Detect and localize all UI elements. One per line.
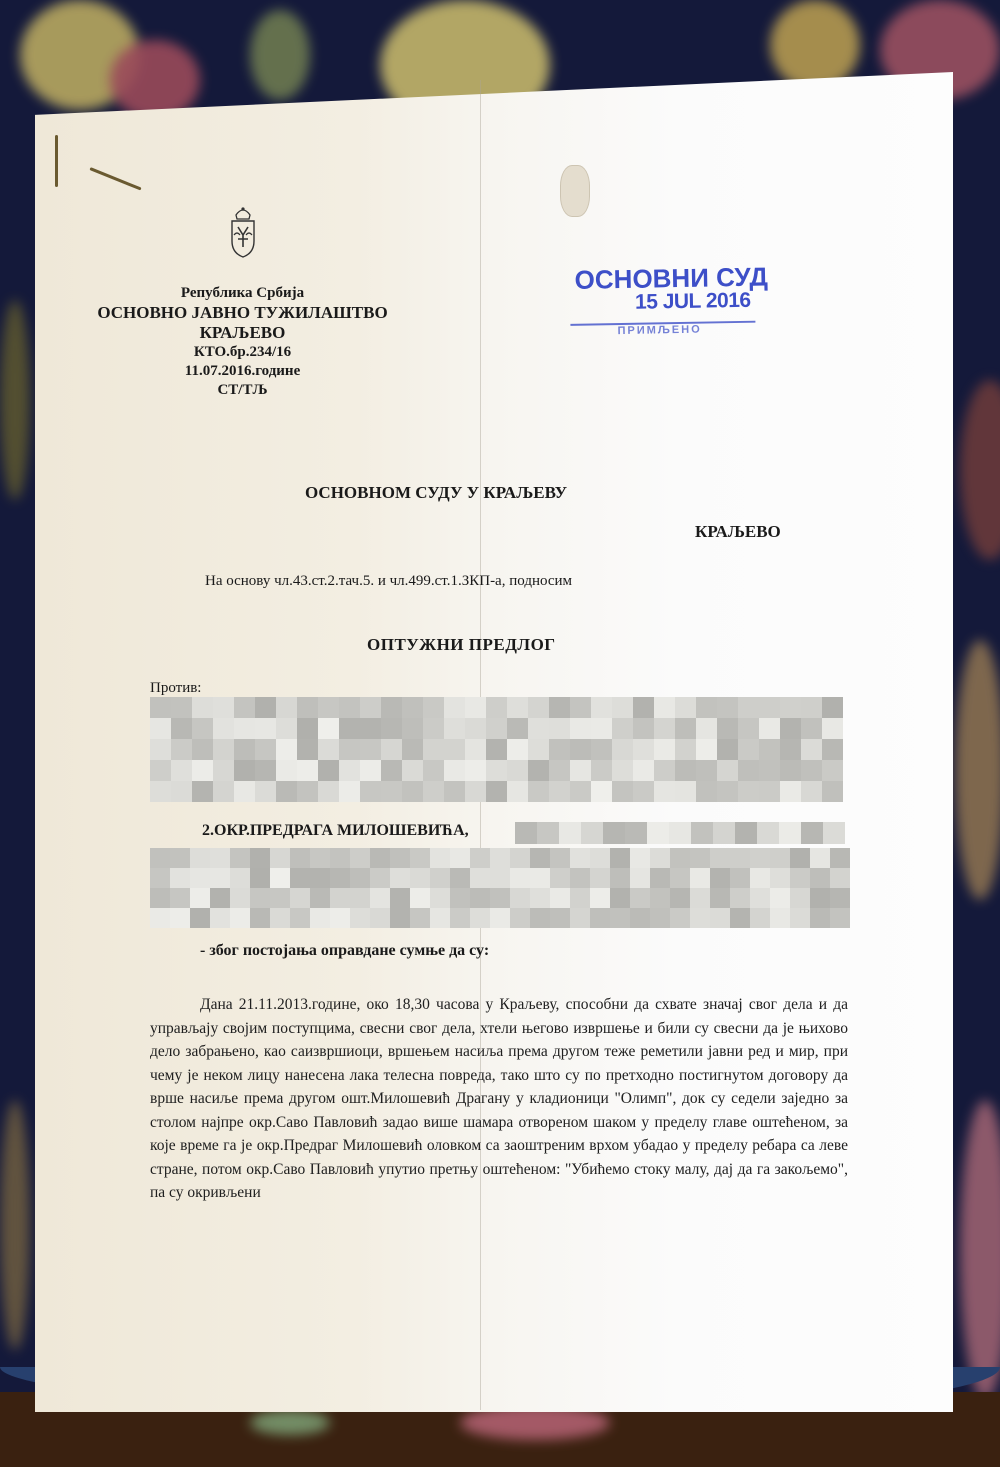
reason-line: - због постојања оправдане сумње да су: — [200, 942, 489, 960]
legal-basis: На основу чл.43.ст.2.тач.5. и чл.499.ст.… — [205, 573, 572, 590]
staple-hole-mark — [55, 135, 58, 187]
case-number: КТО.бр.234/16 — [70, 343, 415, 362]
addressee-city: КРАЉЕВО — [695, 522, 781, 542]
torn-paper-mark — [560, 165, 590, 217]
issue-date: 11.07.2016.године — [70, 362, 415, 381]
charge-paragraph: Дана 21.11.2013.године, око 18,30 часова… — [150, 993, 848, 1205]
country-name: Република Србија — [70, 284, 415, 303]
redacted-defendant-2-details — [150, 848, 850, 928]
charge-description: Дана 21.11.2013.године, око 18,30 часова… — [150, 993, 848, 1205]
serbian-coat-of-arms-icon — [228, 205, 258, 259]
against-label: Против: — [150, 680, 201, 697]
institution-name: ОСНОВНО ЈАВНО ТУЖИЛАШТВО — [70, 303, 415, 323]
addressee-court: ОСНОВНОМ СУДУ У КРАЉЕВУ — [305, 483, 567, 503]
document-title: ОПТУЖНИ ПРЕДЛОГ — [367, 635, 556, 655]
defendant-2: 2.ОКР.ПРЕДРАГА МИЛОШЕВИЋА, — [202, 822, 469, 840]
redacted-defendant-2-name-tail — [515, 822, 850, 844]
issuer-header: Република Србија ОСНОВНО ЈАВНО ТУЖИЛАШТВ… — [70, 205, 415, 400]
initials: СТ/ТЉ — [70, 381, 415, 400]
issuer-city: КРАЉЕВО — [70, 323, 415, 343]
redacted-defendant-1-details — [150, 697, 850, 802]
court-received-stamp: ОСНОВНИ СУД 15 JUL 2016 ПРИМЉЕНО — [574, 261, 785, 338]
